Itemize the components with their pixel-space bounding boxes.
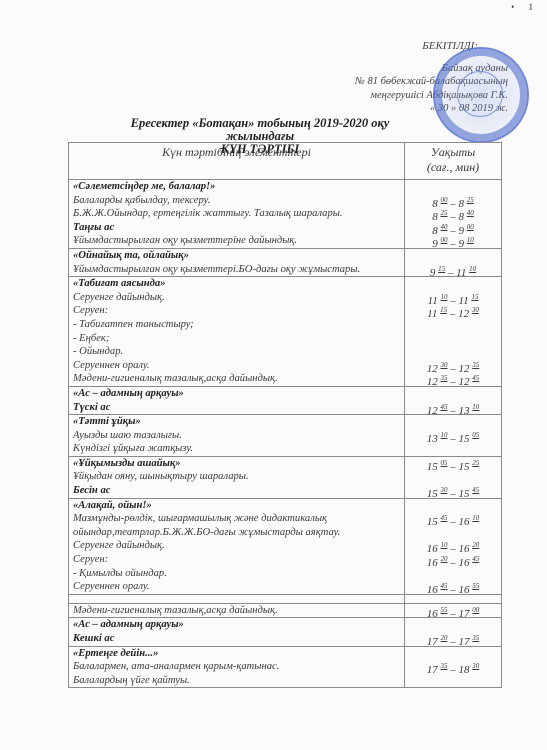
activity-line: Серуеннен оралу.	[73, 359, 400, 373]
daily-schedule-table: Күн тәртібінің элементтері Уақыты (сағ.,…	[68, 142, 502, 688]
activity-heading: Түскі ас	[73, 401, 400, 415]
activity-cell: «Ертеңге дейін...»Балалармен, ата-аналар…	[69, 646, 405, 688]
activity-cell: «Ұйқымызды ашайық»Ұйқыдан ояну, шынықтыр…	[69, 456, 405, 498]
activity-cell: «Ас – адамның арқауы»Кешкі ас	[69, 618, 405, 646]
table-row: «Ертеңге дейін...»Балалармен, ата-аналар…	[69, 646, 502, 688]
spacer-cell	[69, 594, 405, 603]
header-time-title: Уақыты	[409, 145, 497, 160]
activity-cell: «Ойнайық та, ойлайық»Ұйымдастырылған оқу…	[69, 248, 405, 276]
activity-heading: «Ұйқымызды ашайық»	[73, 457, 400, 471]
time-range	[409, 332, 497, 346]
time-range: 8 00 – 8 25	[409, 194, 497, 208]
time-range: 15 45 – 16 10	[409, 512, 497, 526]
activity-line: Мәдени-гигиеналық тазалық,асқа дайындық.	[73, 604, 400, 618]
approval-line-kindergarten: № 81 бөбекжай-балабақшасының	[250, 75, 508, 89]
time-cell: 16 55 – 17 00	[405, 603, 502, 618]
time-range: 9 15 – 11 10	[409, 263, 497, 277]
activity-heading: «Алақай, ойын!»	[73, 499, 400, 513]
approval-date: « 30 » 08 2019 ж.	[250, 102, 508, 116]
time-range: 8 40 – 9 00	[409, 221, 497, 235]
time-range	[409, 499, 497, 513]
time-range: 13 10 – 15 05	[409, 429, 497, 443]
header-time-units: (сағ., мин)	[409, 160, 497, 175]
activity-cell: Мәдени-гигиеналық тазалық,асқа дайындық.	[69, 603, 405, 618]
activity-heading: «Ас – адамның арқауы»	[73, 387, 400, 401]
time-range	[409, 345, 497, 359]
time-range: 16 10 – 16 20	[409, 539, 497, 553]
activity-line: Ұйымдастырылған оқу қызметтері.БО-дағы о…	[73, 263, 400, 277]
time-range: 12 30 – 12 35	[409, 359, 497, 373]
approval-line-district: Байзақ ауданы	[250, 62, 508, 76]
schedule-body: «Сәлеметсіңдер ме, балалар!»Балаларды қа…	[69, 180, 502, 688]
activity-line: Балалармен, ата-аналармен қарым-қатынас.	[73, 660, 400, 674]
approval-block: БЕКІТІЛДІ: Байзақ ауданы № 81 бөбекжай-б…	[250, 40, 508, 116]
table-row: «Тәтті ұйқы»Ауызды шаю тазалығы.Күндізгі…	[69, 415, 502, 457]
time-range	[409, 618, 497, 632]
time-cell: 15 05 – 15 2515 30 – 15 45	[405, 456, 502, 498]
activity-line: Мәдени-гигиеналық тазалық,асқа дайындық.	[73, 372, 400, 386]
time-range: 16 45 – 16 55	[409, 580, 497, 594]
activity-line: Күндізгі ұйқыға жатқызу.	[73, 442, 400, 456]
table-row: «Табиғат аясында»Серуенге дайындық.Серуе…	[69, 277, 502, 387]
time-range: 12 35 – 12 45	[409, 372, 497, 386]
time-range	[409, 277, 497, 291]
time-range	[409, 387, 497, 401]
time-cell: 11 10 – 11 1511 15 – 12 3012 30 – 12 351…	[405, 277, 502, 387]
time-range: 16 20 – 16 45	[409, 553, 497, 567]
activity-line: Балалардың үйге қайтуы.	[73, 674, 400, 688]
time-cell: 12 45 – 13 10	[405, 386, 502, 414]
activity-line: - Ойындар.	[73, 345, 400, 359]
time-range: 15 05 – 15 25	[409, 457, 497, 471]
activity-heading: «Табиғат аясында»	[73, 277, 400, 291]
activity-heading: Таңғы ас	[73, 221, 400, 235]
activity-line: ойындар,театрлар.Б.Ж.Ж.БО-дағы жұмыстард…	[73, 526, 400, 540]
time-range	[409, 249, 497, 263]
table-row: «Ас – адамның арқауы»Кешкі ас17 20 – 17 …	[69, 618, 502, 646]
time-range: 17 35 – 18 30	[409, 660, 497, 674]
activity-heading: Бесін ас	[73, 484, 400, 498]
time-cell: 13 10 – 15 05	[405, 415, 502, 457]
table-header-row: Күн тәртібінің элементтері Уақыты (сағ.,…	[69, 143, 502, 180]
time-range: 12 45 – 13 10	[409, 401, 497, 415]
table-row: «Сәлеметсіңдер ме, балалар!»Балаларды қа…	[69, 180, 502, 249]
activity-line: Ұйымдастырылған оқу қызметтеріне дайынды…	[73, 234, 400, 248]
activity-line: Серуеннен оралу.	[73, 580, 400, 594]
time-cell: 9 15 – 11 10	[405, 248, 502, 276]
time-cell: 17 35 – 18 30	[405, 646, 502, 688]
activity-line: Мазмұнды-рөлдік, шығармашылық және дидак…	[73, 512, 400, 526]
activity-heading: Кешкі ас	[73, 632, 400, 646]
time-range: 9 00 – 9 10	[409, 234, 497, 248]
time-range: 11 10 – 11 15	[409, 291, 497, 305]
activity-line: Б.Ж.Ж.Ойындар, ертеңгілік жаттығу. Тазал…	[73, 207, 400, 221]
activity-line: Балаларды қабылдау, тексеру.	[73, 194, 400, 208]
activity-line: - Табиғатпен таныстыру;	[73, 318, 400, 332]
time-range: 17 20 – 17 35	[409, 632, 497, 646]
title-line-1: Ересектер «Ботақан» тобының 2019-2020 оқ…	[100, 117, 420, 143]
activity-cell: «Ас – адамның арқауы»Түскі ас	[69, 386, 405, 414]
activity-cell: «Табиғат аясында»Серуенге дайындық.Серуе…	[69, 277, 405, 387]
activity-heading: «Сәлеметсіңдер ме, балалар!»	[73, 180, 400, 194]
time-range	[409, 180, 497, 194]
table-row: Мәдени-гигиеналық тазалық,асқа дайындық.…	[69, 603, 502, 618]
approved-label: БЕКІТІЛДІ:	[250, 40, 478, 54]
table-row: «Ас – адамның арқауы»Түскі ас12 45 – 13 …	[69, 386, 502, 414]
time-range: 15 30 – 15 45	[409, 484, 497, 498]
activity-line: Серуенге дайындық.	[73, 539, 400, 553]
activity-line: - Қимылды ойындар.	[73, 567, 400, 581]
activity-heading: «Тәтті ұйқы»	[73, 415, 400, 429]
time-range	[409, 647, 497, 661]
activity-cell: «Тәтті ұйқы»Ауызды шаю тазалығы.Күндізгі…	[69, 415, 405, 457]
time-range: 8 25 – 8 40	[409, 207, 497, 221]
activity-line: Серуенге дайындық.	[73, 291, 400, 305]
activity-heading: «Ертеңге дейін...»	[73, 647, 400, 661]
table-row: «Ұйқымызды ашайық»Ұйқыдан ояну, шынықтыр…	[69, 456, 502, 498]
approval-line-head: меңгерушісі Абдіқалықова Г.К.	[250, 89, 508, 103]
time-range	[409, 415, 497, 429]
table-row: «Ойнайық та, ойлайық»Ұйымдастырылған оқу…	[69, 248, 502, 276]
activity-cell: «Алақай, ойын!»Мазмұнды-рөлдік, шығармаш…	[69, 498, 405, 594]
activity-line: Серуен:	[73, 304, 400, 318]
activity-line: - Еңбек;	[73, 332, 400, 346]
time-cell: 17 20 – 17 35	[405, 618, 502, 646]
activity-line: Ұйқыдан ояну, шынықтыру шаралары.	[73, 470, 400, 484]
time-range: 11 15 – 12 30	[409, 304, 497, 318]
activity-line: Ауызды шаю тазалығы.	[73, 429, 400, 443]
header-time: Уақыты (сағ., мин)	[405, 143, 502, 180]
time-cell: 15 45 – 16 1016 10 – 16 2016 20 – 16 451…	[405, 498, 502, 594]
page-corner-mark: • 1	[511, 2, 539, 12]
header-activity: Күн тәртібінің элементтері	[69, 143, 405, 180]
time-range: 16 55 – 17 00	[409, 604, 497, 618]
activity-heading: «Ойнайық та, ойлайық»	[73, 249, 400, 263]
activity-line: Серуен:	[73, 553, 400, 567]
table-row: «Алақай, ойын!»Мазмұнды-рөлдік, шығармаш…	[69, 498, 502, 594]
activity-cell: «Сәлеметсіңдер ме, балалар!»Балаларды қа…	[69, 180, 405, 249]
time-cell: 8 00 – 8 258 25 – 8 408 40 – 9 009 00 – …	[405, 180, 502, 249]
activity-heading: «Ас – адамның арқауы»	[73, 618, 400, 632]
